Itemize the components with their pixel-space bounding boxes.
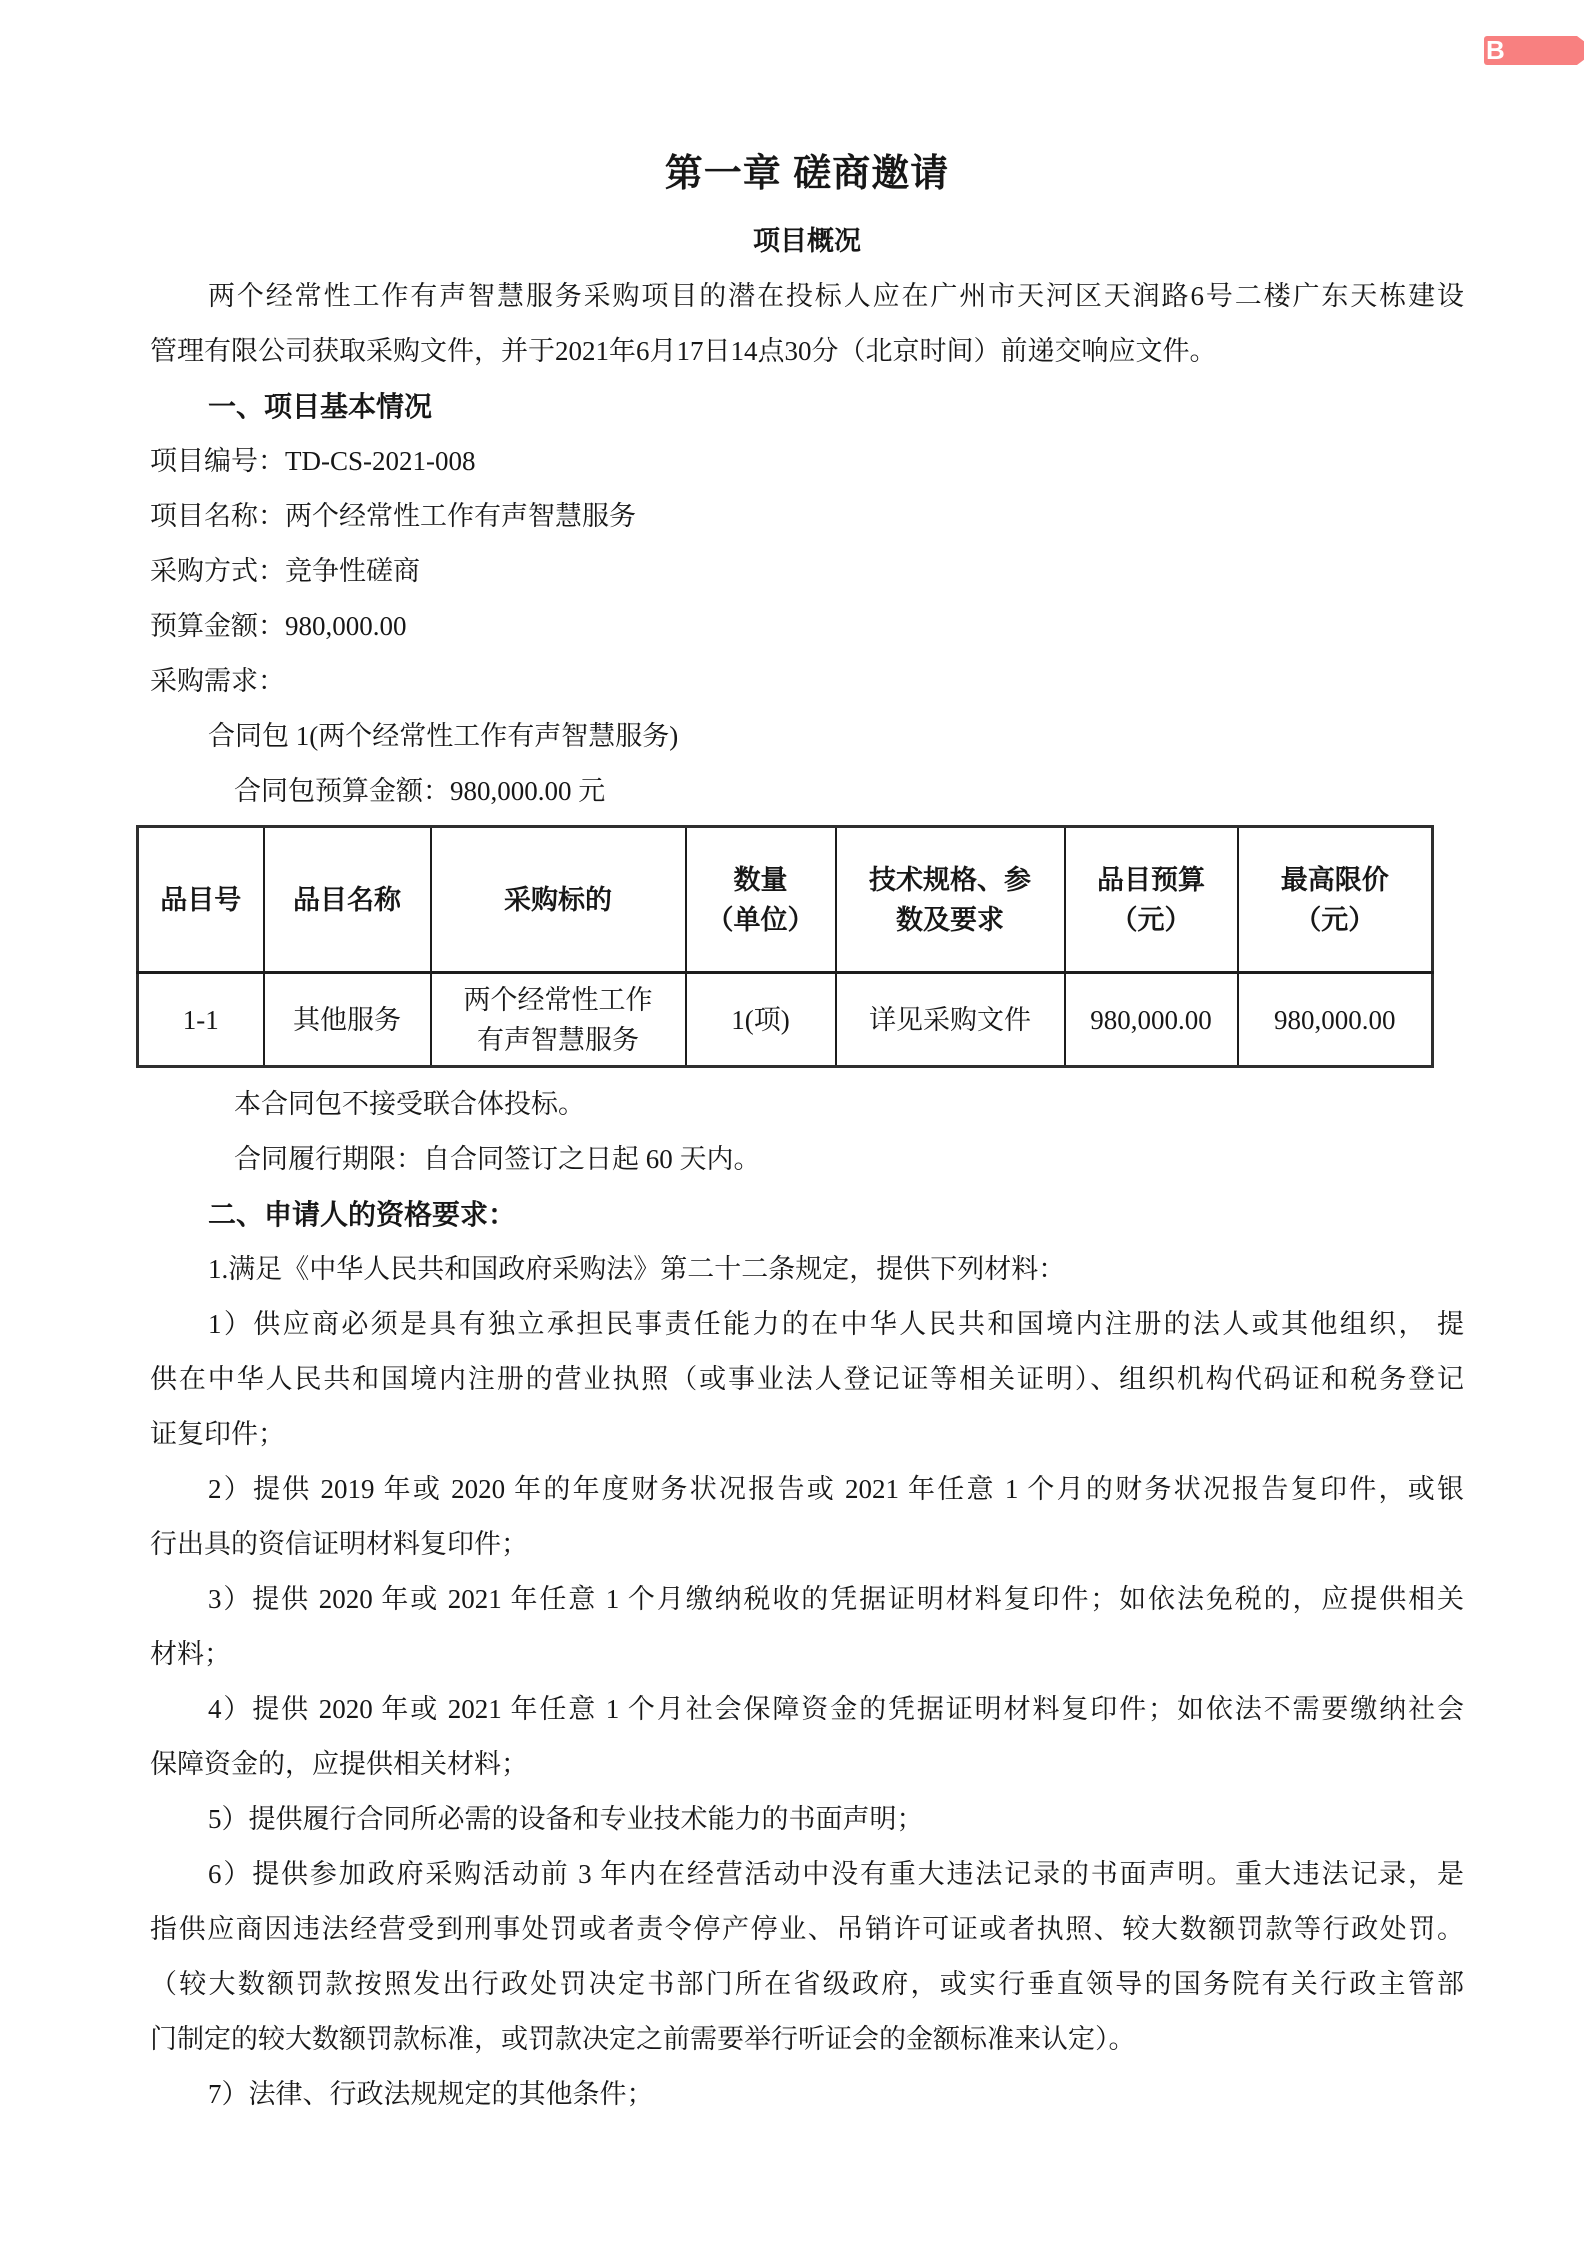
text-line: 预算金额：980,000.00 <box>150 599 1464 654</box>
corner-badge: B <box>1484 36 1584 65</box>
text-line: 合同履行期限：自合同签订之日起 60 天内。 <box>150 1132 1464 1187</box>
section-subtitle: 项目概况 <box>150 221 1464 261</box>
table-cell: 两个经常性工作 有声智慧服务 <box>431 973 686 1067</box>
table-cell: 详见采购文件 <box>836 973 1065 1067</box>
table-header-cell: 技术规格、参 数及要求 <box>836 827 1065 973</box>
document-content: 第一章 磋商邀请 项目概况 两个经常性工作有声智慧服务采购项目的潜在投标人应在广… <box>150 0 1464 2122</box>
table-header-cell: 最高限价 （元） <box>1238 827 1433 973</box>
text-line: 材料； <box>150 1627 1464 1682</box>
text-line: 3）提供 2020 年或 2021 年任意 1 个月缴纳税收的凭据证明材料复印件… <box>150 1572 1464 1627</box>
text-line: 项目编号：TD-CS-2021-008 <box>150 434 1464 489</box>
table-header-cell: 品目名称 <box>264 827 431 973</box>
text-line: 1）供应商必须是具有独立承担民事责任能力的在中华人民共和国境内注册的法人或其他组… <box>150 1297 1464 1352</box>
table-header-cell: 采购标的 <box>431 827 686 973</box>
table-cell: 1(项) <box>686 973 836 1067</box>
table-header-cell: 品目预算 （元） <box>1065 827 1238 973</box>
text-line: 合同包预算金额：980,000.00 元 <box>150 764 1464 819</box>
text-line: 指供应商因违法经营受到刑事处罚或者责令停产停业、吊销许可证或者执照、较大数额罚款… <box>150 1902 1464 1957</box>
text-line: 两个经常性工作有声智慧服务采购项目的潜在投标人应在广州市天河区天润路6号二楼广东… <box>150 269 1464 324</box>
text-line: 合同包 1(两个经常性工作有声智慧服务) <box>150 709 1464 764</box>
table-header-cell: 品目号 <box>138 827 264 973</box>
text-line: 本合同包不接受联合体投标。 <box>150 1077 1464 1132</box>
text-line: 4）提供 2020 年或 2021 年任意 1 个月社会保障资金的凭据证明材料复… <box>150 1682 1464 1737</box>
text-line: 采购需求： <box>150 654 1464 709</box>
pre-table-text-block: 两个经常性工作有声智慧服务采购项目的潜在投标人应在广州市天河区天润路6号二楼广东… <box>150 269 1464 819</box>
text-line: 项目名称：两个经常性工作有声智慧服务 <box>150 489 1464 544</box>
text-line: 7）法律、行政法规规定的其他条件； <box>150 2067 1464 2122</box>
text-line: 保障资金的，应提供相关材料； <box>150 1737 1464 1792</box>
text-line: 行出具的资信证明材料复印件； <box>150 1517 1464 1572</box>
document-page: B 第一章 磋商邀请 项目概况 两个经常性工作有声智慧服务采购项目的潜在投标人应… <box>0 0 1587 2245</box>
section-heading: 一、项目基本情况 <box>150 379 1464 434</box>
table-row: 1-1其他服务两个经常性工作 有声智慧服务1(项)详见采购文件980,000.0… <box>138 973 1433 1067</box>
procurement-items-table: 品目号品目名称采购标的数量 （单位）技术规格、参 数及要求品目预算 （元）最高限… <box>136 825 1434 1068</box>
text-line: 采购方式：竞争性磋商 <box>150 544 1464 599</box>
text-line: 1.满足《中华人民共和国政府采购法》第二十二条规定，提供下列材料： <box>150 1242 1464 1297</box>
text-line: 门制定的较大数额罚款标准，或罚款决定之前需要举行听证会的金额标准来认定）。 <box>150 2012 1464 2067</box>
text-line: 管理有限公司获取采购文件，并于2021年6月17日14点30分（北京时间）前递交… <box>150 324 1464 379</box>
table-cell: 1-1 <box>138 973 264 1067</box>
text-line: 6）提供参加政府采购活动前 3 年内在经营活动中没有重大违法记录的书面声明。重大… <box>150 1847 1464 1902</box>
section-heading: 二、申请人的资格要求： <box>150 1187 1464 1242</box>
text-line: 2）提供 2019 年或 2020 年的年度财务状况报告或 2021 年任意 1… <box>150 1462 1464 1517</box>
text-line: 证复印件； <box>150 1407 1464 1462</box>
table-cell: 980,000.00 <box>1065 973 1238 1067</box>
chapter-title: 第一章 磋商邀请 <box>150 145 1464 203</box>
table-cell: 其他服务 <box>264 973 431 1067</box>
text-line: 5）提供履行合同所必需的设备和专业技术能力的书面声明； <box>150 1792 1464 1847</box>
table-header-row: 品目号品目名称采购标的数量 （单位）技术规格、参 数及要求品目预算 （元）最高限… <box>138 827 1433 973</box>
post-table-text-block: 本合同包不接受联合体投标。合同履行期限：自合同签订之日起 60 天内。二、申请人… <box>150 1077 1464 2122</box>
text-line: 供在中华人民共和国境内注册的营业执照（或事业法人登记证等相关证明）、组织机构代码… <box>150 1352 1464 1407</box>
table-header-cell: 数量 （单位） <box>686 827 836 973</box>
table-cell: 980,000.00 <box>1238 973 1433 1067</box>
text-line: （较大数额罚款按照发出行政处罚决定书部门所在省级政府，或实行垂直领导的国务院有关… <box>150 1957 1464 2012</box>
